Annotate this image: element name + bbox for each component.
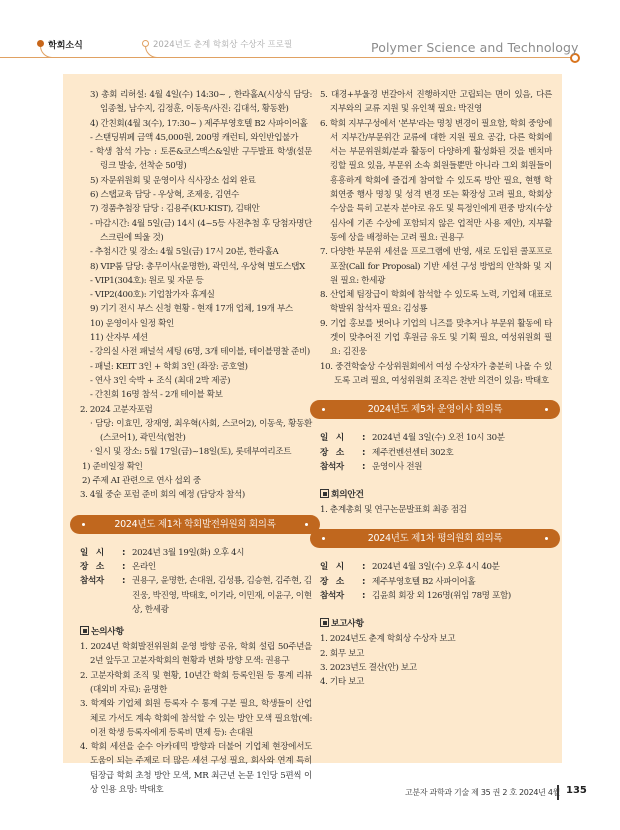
list-item: 2. 회무 보고 — [320, 647, 552, 661]
list-item: 8) VIP룸 담당: 총무이사(윤명한), 곽민석, 우상혁 별도스탭X — [80, 260, 312, 274]
attendees-label: 참석자 — [320, 460, 362, 474]
colon: : — [122, 546, 132, 560]
colon: : — [362, 560, 372, 574]
section-heading-text: 논의사항 — [91, 627, 124, 637]
list-item: 1) 준비일정 확인 — [80, 460, 312, 474]
subsection-bullet-icon — [142, 40, 149, 47]
attendees-value: 권용구, 윤명한, 손대원, 김성룡, 김승현, 김주현, 김진웅, 박진영, … — [132, 574, 312, 617]
meeting-date-row: 일 시 : 2024년 3월 19일(화) 오후 4시 — [80, 546, 312, 560]
square-bullet-icon — [320, 618, 329, 627]
footer-journal-info: 고분자 과학과 기술 제 35 권 2 호 2024년 4월 — [405, 787, 560, 798]
header-rule — [0, 57, 572, 58]
date-label: 일 시 — [320, 560, 362, 574]
bullet-dot-icon — [545, 537, 548, 540]
bullet-dot-icon — [322, 408, 325, 411]
list-item: · 일시 및 장소: 5월 17일(금)~18일(토), 롯데부여리조트 — [80, 445, 312, 459]
meeting-banner-operations: 2024년도 제5차 운영이사 회의록 — [310, 400, 560, 419]
list-item: 2. 2024 고분자포럼 — [80, 403, 312, 417]
colon: : — [362, 431, 372, 445]
banner-title: 2024년도 제1차 평의원회 회의록 — [368, 533, 503, 544]
colon: : — [362, 589, 372, 603]
colon: : — [362, 460, 372, 474]
bullet-dot-icon — [322, 537, 325, 540]
section-heading-agenda: 회의안건 — [320, 488, 552, 503]
square-bullet-icon — [320, 489, 329, 498]
list-item: 4. 학회 세션을 순수 아카데믹 방향과 더불어 기업체 현장에서도 도움이 … — [80, 740, 312, 797]
left-column: 3) 총회 리허설: 4월 4일(수) 14:30~ , 한라홀A(시상식 담당… — [80, 88, 312, 797]
list-item: - VIP2(400호): 기업참가자 휴게실 — [80, 288, 312, 302]
list-item: 3. 2023년도 결산(안) 보고 — [320, 661, 552, 675]
colon: : — [122, 574, 132, 617]
attendees-label: 참석자 — [80, 574, 122, 617]
page-header: 학회소식 2024년도 춘계 학회상 수상자 프로필 Polymer Scien… — [0, 0, 620, 74]
meeting-banner-council: 2024년도 제1차 평의원회 회의록 — [310, 529, 560, 548]
bullet-dot-icon — [82, 523, 85, 526]
section-heading-text: 회의안건 — [331, 490, 364, 500]
colon: : — [362, 446, 372, 460]
bullet-dot-icon — [305, 523, 308, 526]
list-item: 1. 춘계총회 및 연구논문발표회 최종 점검 — [320, 503, 552, 517]
journal-title: Polymer Science and Technology — [371, 40, 579, 55]
section-heading-text: 보고사항 — [331, 619, 364, 629]
list-item: 9) 기기 전시 부스 신청 현황 - 현재 17개 업체, 19개 부스 — [80, 302, 312, 316]
attendees-label: 참석자 — [320, 589, 362, 603]
list-item: 3. 학계와 기업체 회원 등록자 수 통계 구분 필요, 학생들이 산업체로 … — [80, 697, 312, 740]
banner-title: 2024년도 제1차 학회발전위원회 회의록 — [114, 519, 275, 530]
date-value: 2024년 4월 3일(수) 오전 10시 30분 — [372, 431, 552, 445]
list-item: 3) 총회 리허설: 4월 4일(수) 14:30~ , 한라홀A(시상식 담당… — [80, 88, 312, 117]
section-bullet-icon — [37, 40, 44, 47]
meeting-date-row: 일 시 : 2024년 4월 3일(수) 오전 10시 30분 — [320, 431, 552, 445]
list-item: - VIP1(304호): 원로 및 자문 등 — [80, 274, 312, 288]
list-item: 1. 2024년도 춘계 학회상 수상자 보고 — [320, 632, 552, 646]
list-item: · 담당: 이효민, 장재영, 최우혁(사회, 스코어2), 이동욱, 황동환(… — [80, 417, 312, 446]
section-label: 학회소식 — [48, 38, 83, 51]
place-label: 장 소 — [80, 560, 122, 574]
date-value: 2024년 3월 19일(화) 오후 4시 — [132, 546, 312, 560]
list-item: 2) 주제 AI 관련으로 연사 섭외 중 — [80, 474, 312, 488]
list-item: - 학생 참석 가능 : 토론&코스맥스&일반 구두발표 학생(설문링크 발송,… — [80, 145, 312, 174]
meeting-attendees-row: 참석자 : 김윤희 회장 외 126명(위임 78명 포함) — [320, 589, 552, 603]
place-label: 장 소 — [320, 446, 362, 460]
list-item: - 마감시간: 4월 5일(금) 14시 (4~5등 사전추첨 후 당첨자명단 … — [80, 217, 312, 246]
list-item: - 연사 3인 숙박 + 조식 (최대 2박 제공) — [80, 374, 312, 388]
place-value: 온라인 — [132, 560, 312, 574]
attendees-value: 운영이사 전원 — [372, 460, 552, 474]
list-item: 5. 대경+부울경 번갈아서 진행하지만 고립되는 면이 있음, 다른 지부와의… — [320, 88, 552, 117]
page-number: 135 — [566, 785, 587, 796]
list-item: 6) 스탭교육 담당 - 우상혁, 조제웅, 김연수 — [80, 188, 312, 202]
list-item: 3. 4월 중순 포럼 준비 회의 예정 (담당자 참석) — [80, 488, 312, 502]
list-item: 11) 산자부 세션 — [80, 331, 312, 345]
meeting-attendees-row: 참석자 : 권용구, 윤명한, 손대원, 김성룡, 김승현, 김주현, 김진웅,… — [80, 574, 312, 617]
meeting-place-row: 장 소 : 제주컨벤션센터 302호 — [320, 446, 552, 460]
meeting-date-row: 일 시 : 2024년 4월 3일(수) 오후 4시 40분 — [320, 560, 552, 574]
list-item: - 패널: KEIT 3인 + 학회 3인 (좌장: 공호열) — [80, 360, 312, 374]
meeting-banner-development-committee: 2024년도 제1차 학회발전위원회 회의록 — [70, 515, 320, 534]
place-label: 장 소 — [320, 575, 362, 589]
list-item: 6. 학회 지부구성에서 '본부'라는 명칭 변경이 필요함, 학회 중앙에서 … — [320, 117, 552, 246]
subsection-label: 2024년도 춘계 학회상 수상자 프로필 — [153, 38, 292, 50]
list-item: 8. 산업체 팀장급이 학회에 참석할 수 있도록 노력, 기업체 대표로 학발… — [320, 288, 552, 317]
bullet-dot-icon — [545, 408, 548, 411]
list-item: - 강의실 사전 패널석 세팅 (6명, 3개 테이블, 테이블명찰 준비) — [80, 345, 312, 359]
list-item: 5) 자문위원회 및 운영이사 식사장소 섭외 완료 — [80, 174, 312, 188]
list-item: 10) 운영이사 일정 확인 — [80, 317, 312, 331]
list-item: 7) 경품추첨장 담당 : 김용주(KU-KIST), 김태안 — [80, 202, 312, 216]
list-item: - 간친회 16명 참석 - 2개 테이블 확보 — [80, 388, 312, 402]
meeting-place-row: 장 소 : 온라인 — [80, 560, 312, 574]
date-value: 2024년 4월 3일(수) 오후 4시 40분 — [372, 560, 552, 574]
square-bullet-icon — [80, 626, 89, 635]
list-item: 9. 기업 홍보를 벗어나 기업의 니즈를 맞추거나 부문위 활동에 타겟이 맞… — [320, 317, 552, 360]
list-item: 1. 2024년 학회발전위원회 운영 방향 공유, 학회 설립 50주년을 2… — [80, 640, 312, 669]
meeting-place-row: 장 소 : 제주부영호텔 B2 사파이어홀 — [320, 575, 552, 589]
footer-divider — [557, 785, 559, 800]
date-label: 일 시 — [320, 431, 362, 445]
section-heading-reports: 보고사항 — [320, 617, 552, 632]
colon: : — [362, 575, 372, 589]
section-heading-discussion: 논의사항 — [80, 625, 312, 640]
place-value: 제주컨벤션센터 302호 — [372, 446, 552, 460]
meeting-attendees-row: 참석자 : 운영이사 전원 — [320, 460, 552, 474]
colon: : — [122, 560, 132, 574]
right-column: 5. 대경+부울경 번갈아서 진행하지만 고립되는 면이 있음, 다른 지부와의… — [320, 88, 552, 690]
attendees-value: 김윤희 회장 외 126명(위임 78명 포함) — [372, 589, 552, 603]
list-item: 4) 간친회(4월 3(수), 17:30~ ) 제주부영호텔 B2 사파이어홀 — [80, 117, 312, 131]
list-item: 10. 중견학술상 수상위원회에서 여성 수상자가 충분히 나올 수 있도록 고… — [320, 360, 552, 389]
list-item: 2. 고분자학회 조직 및 현황, 10년간 학회 등록인원 등 통계 리뷰(대… — [80, 669, 312, 698]
place-value: 제주부영호텔 B2 사파이어홀 — [372, 575, 552, 589]
date-label: 일 시 — [80, 546, 122, 560]
list-item: - 스탠딩뷔페 금액 45,000원, 200명 캐런티, 와인반입불가 — [80, 131, 312, 145]
list-item: - 추첨시간 및 장소: 4월 5일(금) 17시 20분, 한라홀A — [80, 245, 312, 259]
banner-title: 2024년도 제5차 운영이사 회의록 — [368, 404, 503, 415]
list-item: 4. 기타 보고 — [320, 675, 552, 689]
list-item: 7. 다양한 부문위 세션을 프로그램에 반영, 새로 도입된 콜포프로포잘(C… — [320, 245, 552, 288]
